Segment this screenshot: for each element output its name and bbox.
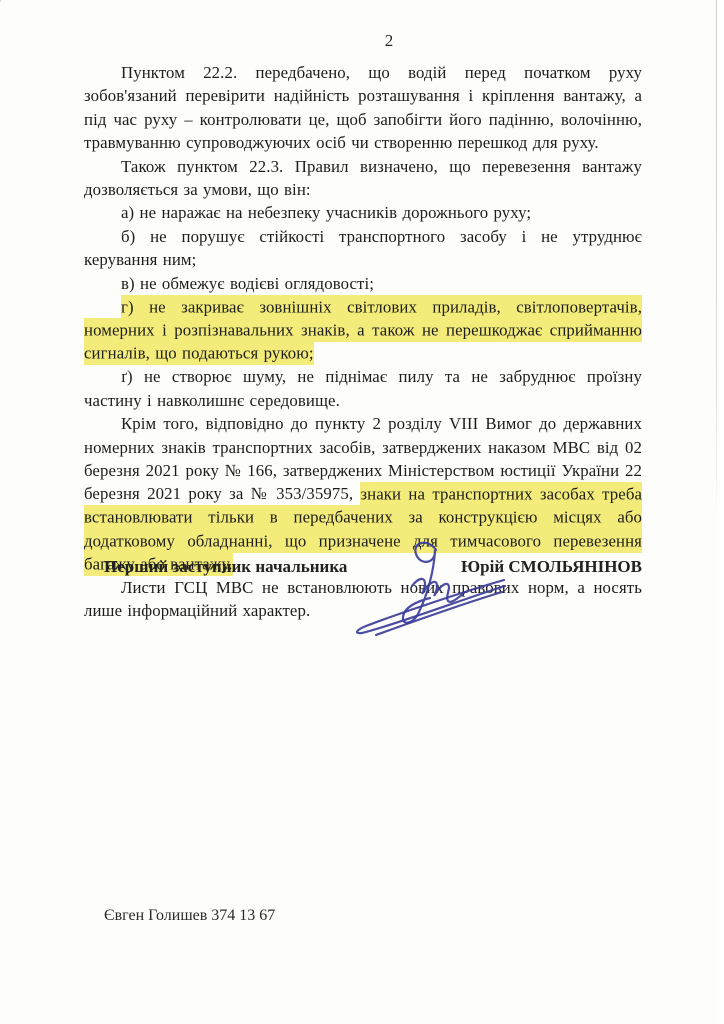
paragraph: ґ) не створює шуму, не піднімає пилу та … — [84, 365, 642, 412]
text-segment: в) не обмежує водієві оглядовості; — [121, 274, 374, 293]
paragraph: Також пунктом 22.3. Правил визначено, що… — [84, 155, 642, 202]
paragraph: б) не порушує стійкості транспортного за… — [84, 225, 642, 272]
paragraph: Пунктом 22.2. передбачено, що водій пере… — [84, 61, 642, 155]
text-segment: Також пунктом 22.3. Правил визначено, що… — [84, 157, 642, 199]
executor-contact-line: Євген Голишев 374 13 67 — [104, 907, 275, 925]
text-segment: б) не порушує стійкості транспортного за… — [84, 227, 642, 269]
highlighted-text: г) не закриває зовнішніх світлових прила… — [84, 295, 642, 366]
scan-corner-artifact — [0, 0, 11, 10]
paragraph: в) не обмежує водієві оглядовості; — [84, 272, 642, 295]
text-segment: Пунктом 22.2. передбачено, що водій пере… — [84, 63, 642, 152]
paragraph: г) не закриває зовнішніх світлових прила… — [84, 295, 642, 365]
text-segment: ґ) не створює шуму, не піднімає пилу та … — [84, 367, 642, 409]
handwritten-signature-icon — [352, 536, 517, 636]
scan-edge-line — [716, 0, 717, 520]
paragraph: а) не наражає на небезпеку учасників дор… — [84, 201, 642, 224]
signer-position-title: Перший заступник начальника — [104, 557, 347, 577]
scan-edge-strip — [717, 0, 724, 1024]
page-number: 2 — [27, 31, 724, 51]
text-segment: а) не наражає на небезпеку учасників дор… — [121, 203, 531, 222]
